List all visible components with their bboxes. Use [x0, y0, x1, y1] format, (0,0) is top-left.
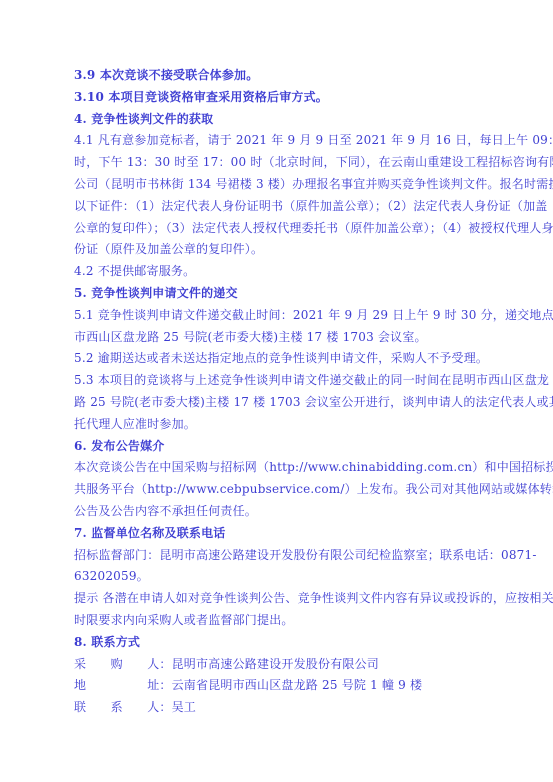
clause-4-2: 4.2 不提供邮寄服务。: [74, 261, 493, 283]
notice-line-2: 时限要求内向采购人或者监督部门提出。: [74, 610, 493, 632]
clause-4-1-line-2: 时，下午 13：30 时至 17：00 时（北京时间，下同），在云南山重建设工程…: [74, 152, 493, 174]
clause-4-1-line-1: 4.1 凡有意参加竞标者，请于 2021 年 9 月 9 日至 2021 年 9…: [74, 130, 493, 152]
section-6-body-line-1: 本次竞谈公告在中国采购与招标网（http://www.chinabidding.…: [74, 457, 493, 479]
clause-5-2: 5.2 逾期送达或者未送达指定地点的竞争性谈判申请文件，采购人不予受理。: [74, 348, 493, 370]
clause-4-1-line-5: 公章的复印件）；（3）法定代表人授权代理委托书（原件加盖公章）；（4）被授权代理…: [74, 218, 493, 240]
clause-5-3-line-3: 托代理人应准时参加。: [74, 414, 493, 436]
section-7-heading: 7. 监督单位名称及联系电话: [74, 523, 493, 545]
section-4-heading: 4. 竞争性谈判文件的获取: [74, 109, 493, 131]
clause-4-1-line-4: 以下证件：（1）法定代表人身份证明书（原件加盖公章）；（2）法定代表人身份证（加…: [74, 196, 493, 218]
section-6-body-line-2: 共服务平台（http://www.cebpubservice.com/）上发布。…: [74, 479, 493, 501]
section-7-body-line-2: 63202059。: [74, 566, 493, 588]
section-6-body-line-3: 公告及公告内容不承担任何责任。: [74, 501, 493, 523]
section-7-body-line-1: 招标监督部门：昆明市高速公路建设开发股份有限公司纪检监察室；联系电话：0871-: [74, 545, 493, 567]
notice-line-1: 提示 各潜在申请人如对竞争性谈判公告、竞争性谈判文件内容有异议或投诉的，应按相关: [74, 588, 493, 610]
clause-5-1-line-1: 5.1 竞争性谈判申请文件递交截止时间：2021 年 9 月 29 日上午 9 …: [74, 305, 493, 327]
clause-3-9: 3.9 本次竞谈不接受联合体参加。: [74, 65, 493, 87]
section-5-heading: 5. 竞争性谈判申请文件的递交: [74, 283, 493, 305]
section-6-heading: 6. 发布公告媒介: [74, 436, 493, 458]
clause-3-10: 3.10 本项目竞谈资格审查采用资格后审方式。: [74, 87, 493, 109]
document-page: 3.9 本次竞谈不接受联合体参加。 3.10 本项目竞谈资格审查采用资格后审方式…: [0, 0, 553, 782]
contact-purchaser: 采 购 人：昆明市高速公路建设开发股份有限公司: [74, 654, 493, 676]
contact-person: 联 系 人：吴工: [74, 697, 493, 719]
clause-5-3-line-1: 5.3 本项目的竞谈将与上述竞争性谈判申请文件递交截止的同一时间在昆明市西山区盘…: [74, 370, 493, 392]
clause-4-1-line-6: 份证（原件及加盖公章的复印件）。: [74, 239, 493, 261]
clause-5-1-line-2: 市西山区盘龙路 25 号院(老市委大楼)主楼 17 楼 1703 会议室。: [74, 327, 493, 349]
clause-4-1-line-3: 公司（昆明市书林街 134 号裙楼 3 楼）办理报名事宜并购买竞争性谈判文件。报…: [74, 174, 493, 196]
contact-address: 地 址：云南省昆明市西山区盘龙路 25 号院 1 幢 9 楼: [74, 675, 493, 697]
clause-5-3-line-2: 路 25 号院(老市委大楼)主楼 17 楼 1703 会议室公开进行，谈判申请人…: [74, 392, 493, 414]
section-8-heading: 8. 联系方式: [74, 632, 493, 654]
